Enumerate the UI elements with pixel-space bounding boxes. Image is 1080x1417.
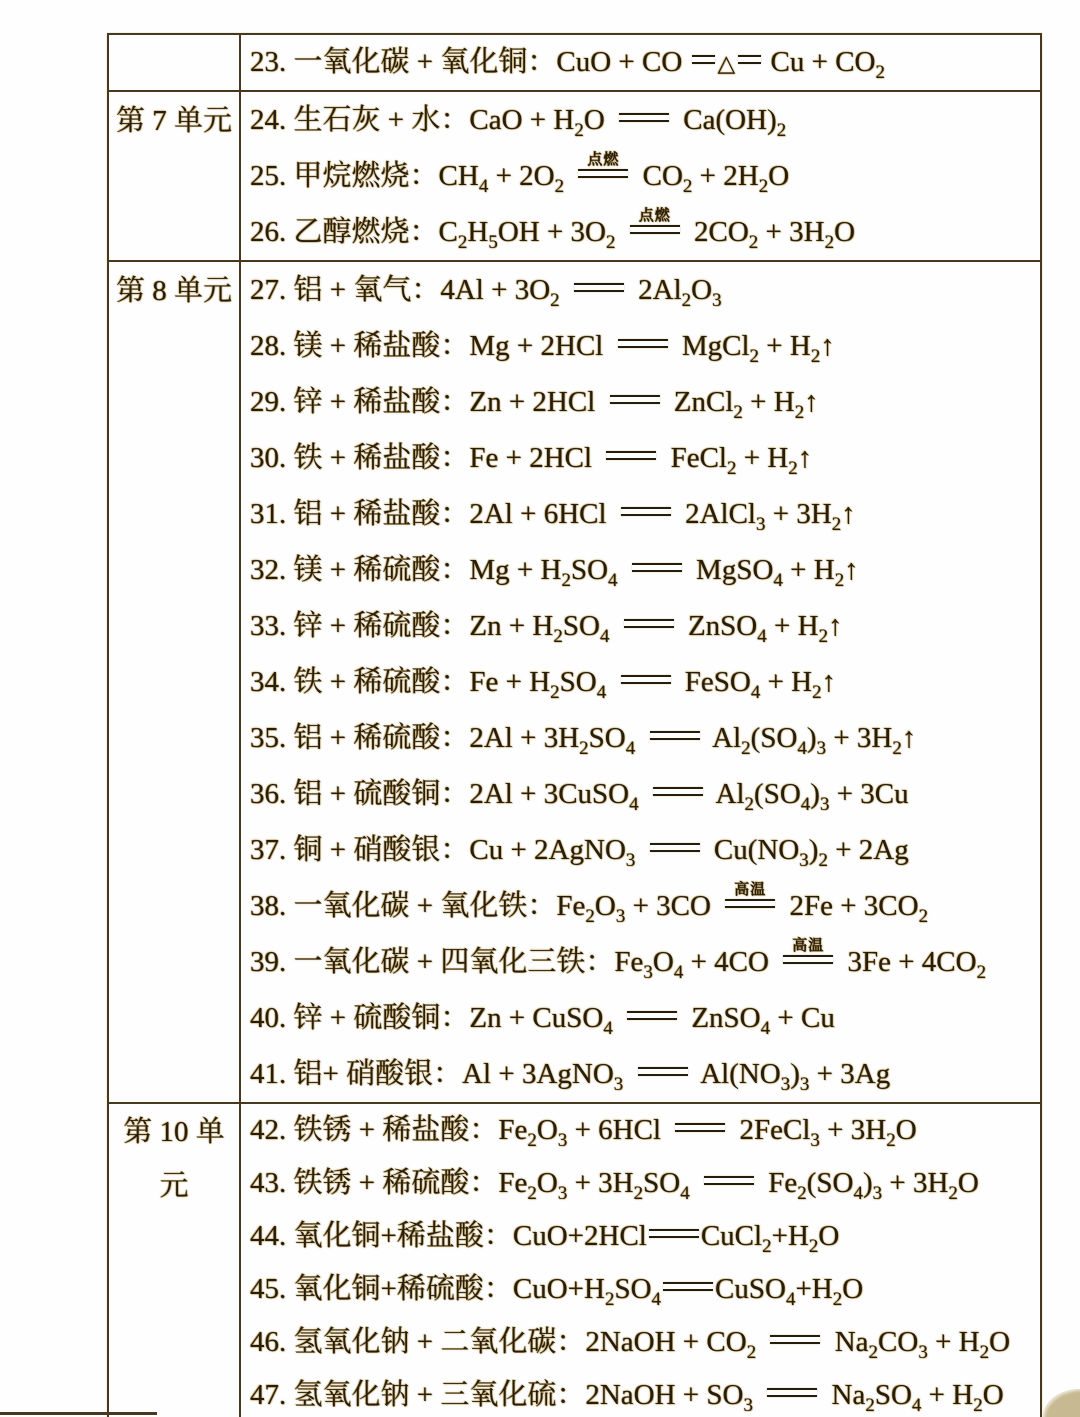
bottom-edge-line (0, 1412, 157, 1415)
equation-row: 44. 氧化铜+稀盐酸：CuO+2HClCuCl2+H2O (241, 1210, 1040, 1263)
subscript: 4 (801, 794, 811, 815)
equation-row: 45. 氧化铜+稀硫酸：CuO+H2SO4CuSO4+H2O (241, 1263, 1040, 1316)
subscript: 2 (682, 290, 692, 311)
subscript: 2 (886, 1130, 896, 1151)
subscript: 4 (626, 738, 636, 759)
subscript: 2 (812, 682, 822, 703)
subscript: 4 (652, 1289, 662, 1310)
double-equals (675, 1123, 725, 1132)
double-equals (621, 675, 671, 684)
unit-cell-label: 第 10 单 元 (109, 1104, 241, 1417)
subscript: 4 (629, 794, 639, 815)
subscript: 2 (892, 738, 902, 759)
subscript: 4 (600, 626, 610, 647)
double-equals (650, 843, 700, 852)
subscript: 2 (747, 1342, 757, 1363)
equation-row: 26. 乙醇燃烧：C2H5OH + 3O2 点燃 2CO2 + 3H2O (241, 204, 1040, 260)
condition-label: 点燃 (587, 152, 619, 168)
equation-table: 23. 一氧化碳 + 氧化铜：CuO + CO △ Cu + CO2 第 7 单… (107, 33, 1042, 1417)
subscript: 3 (712, 290, 722, 311)
subscript: 3 (817, 738, 827, 759)
subscript: 3 (918, 1342, 928, 1363)
double-equals (704, 1176, 754, 1185)
double-equals (606, 451, 656, 460)
subscript: 3 (558, 1183, 568, 1204)
equation-row: 35. 铝 + 稀硫酸：2Al + 3H2SO4 Al2(SO4)3 + 3H2… (241, 710, 1040, 766)
double-equals: 点燃 (578, 169, 628, 178)
subscript: 2 (683, 176, 693, 197)
subscript: 2 (634, 1183, 644, 1204)
double-equals: 点燃 (630, 225, 680, 234)
unit-group: 第 7 单元 24. 生石灰 + 水：CaO + H2O Ca(OH)225. … (109, 90, 1040, 260)
subscript: 3 (800, 1074, 810, 1095)
subscript: 2 (733, 402, 743, 423)
double-equals (738, 55, 761, 64)
subscript: 4 (597, 682, 607, 703)
double-equals (627, 1011, 677, 1020)
subscript: 2 (811, 346, 821, 367)
subscript: 2 (948, 1183, 958, 1204)
subscript: 2 (977, 962, 987, 983)
subscript: 4 (674, 962, 684, 983)
double-equals (650, 731, 700, 740)
subscript: 2 (865, 1395, 875, 1416)
equation-row: 23. 一氧化碳 + 氧化铜：CuO + CO △ Cu + CO2 (241, 35, 1040, 90)
subscript: 2 (553, 626, 563, 647)
subscript: 2 (550, 290, 560, 311)
subscript: 4 (797, 738, 807, 759)
subscript: 3 (643, 962, 653, 983)
unit-group: 第 8 单元 27. 铝 + 氧气：4Al + 3O2 2Al2O328. 镁 … (109, 260, 1040, 1102)
unit-cell-label (109, 35, 241, 90)
double-equals (621, 507, 671, 516)
condition-label: 高温 (792, 938, 824, 954)
subscript: 2 (527, 1183, 537, 1204)
equation-row: 28. 镁 + 稀盐酸：Mg + 2HCl MgCl2 + H2↑ (241, 318, 1040, 374)
subscript: 4 (853, 1183, 863, 1204)
unit-group: 第 10 单 元 42. 铁锈 + 稀盐酸：Fe2O3 + 6HCl 2FeCl… (109, 1102, 1040, 1417)
double-equals (619, 113, 669, 122)
subscript: 2 (727, 458, 737, 479)
subscript: 4 (603, 1018, 613, 1039)
delta-symbol: △ (718, 51, 736, 76)
subscript: 4 (608, 570, 618, 591)
subscript: 2 (980, 1342, 990, 1363)
unit-cell-label: 第 7 单元 (109, 92, 241, 260)
subscript: 2 (919, 906, 929, 927)
equation-row: 33. 锌 + 稀硫酸：Zn + H2SO4 ZnSO4 + H2↑ (241, 598, 1040, 654)
equation-row: 47. 氢氧化钠 + 三氧化硫：2NaOH + SO3 Na2SO4 + H2O (241, 1369, 1040, 1417)
page-root: { "page": { "text_color": "#261d0d", "bo… (0, 0, 1080, 1417)
unit-cell-label: 第 8 单元 (109, 262, 241, 1102)
subscript: 2 (832, 514, 842, 535)
double-equals (618, 339, 668, 348)
subscript: 2 (750, 346, 760, 367)
subscript: 4 (912, 1395, 922, 1416)
subscript: 3 (810, 1130, 820, 1151)
equation-row: 39. 一氧化碳 + 四氧化三铁：Fe3O4 + 4CO 高温 3Fe + 4C… (241, 934, 1040, 990)
subscript: 2 (579, 738, 589, 759)
subscript: 4 (773, 570, 783, 591)
equation-rows: 27. 铝 + 氧气：4Al + 3O2 2Al2O328. 镁 + 稀盐酸：M… (241, 262, 1040, 1102)
subscript: 2 (833, 1289, 843, 1310)
double-equals (624, 619, 674, 628)
equation-row: 36. 铝 + 硫酸铜：2Al + 3CuSO4 Al2(SO4)3 + 3Cu (241, 766, 1040, 822)
unit-group: 23. 一氧化碳 + 氧化铜：CuO + CO △ Cu + CO2 (109, 35, 1040, 90)
equation-row: 46. 氢氧化钠 + 二氧化碳：2NaOH + CO2 Na2CO3 + H2O (241, 1316, 1040, 1369)
double-equals (663, 1282, 713, 1291)
subscript: 2 (835, 570, 845, 591)
subscript: 2 (818, 850, 828, 871)
double-equals (632, 563, 682, 572)
subscript: 3 (820, 794, 830, 815)
subscript: 2 (749, 232, 759, 253)
subscript: 2 (561, 570, 571, 591)
double-equals: 高温 (783, 955, 833, 964)
subscript: 2 (869, 1342, 879, 1363)
page-curl-corner (1043, 1389, 1080, 1417)
subscript: 2 (825, 232, 835, 253)
equation-row: 31. 铝 + 稀盐酸：2Al + 6HCl 2AlCl3 + 3H2↑ (241, 486, 1040, 542)
subscript: 2 (797, 1183, 807, 1204)
subscript: 3 (558, 1130, 568, 1151)
subscript: 2 (555, 176, 565, 197)
equation-row: 37. 铜 + 硝酸银：Cu + 2AgNO3 Cu(NO3)2 + 2Ag (241, 822, 1040, 878)
equation-row: 27. 铝 + 氧气：4Al + 3O2 2Al2O3 (241, 262, 1040, 318)
subscript: 2 (795, 402, 805, 423)
equation-row: 30. 铁 + 稀盐酸：Fe + 2HCl FeCl2 + H2↑ (241, 430, 1040, 486)
double-equals (767, 1388, 817, 1397)
double-equals (770, 1335, 820, 1344)
subscript: 2 (527, 1130, 537, 1151)
subscript: 3 (616, 906, 626, 927)
double-equals (653, 787, 703, 796)
double-equals (610, 395, 660, 404)
subscript: 3 (873, 1183, 883, 1204)
double-equals (649, 1229, 699, 1238)
subscript: 2 (788, 458, 798, 479)
subscript: 4 (680, 1183, 690, 1204)
subscript: 2 (574, 120, 584, 141)
subscript: 3 (799, 850, 809, 871)
subscript: 2 (741, 738, 751, 759)
subscript: 2 (762, 1236, 772, 1257)
subscript: 2 (585, 906, 595, 927)
equation-row: 29. 锌 + 稀盐酸：Zn + 2HCl ZnCl2 + H2↑ (241, 374, 1040, 430)
subscript: 2 (605, 1289, 615, 1310)
subscript: 5 (488, 232, 498, 253)
equation-row: 40. 锌 + 硫酸铜：Zn + CuSO4 ZnSO4 + Cu (241, 990, 1040, 1046)
condition-label: 高温 (734, 882, 766, 898)
equation-row: 43. 铁锈 + 稀硫酸：Fe2O3 + 3H2SO4 Fe2(SO4)3 + … (241, 1157, 1040, 1210)
equation-row: 24. 生石灰 + 水：CaO + H2O Ca(OH)2 (241, 92, 1040, 148)
condition-label: 点燃 (639, 208, 671, 224)
subscript: 4 (761, 1018, 771, 1039)
double-equals (692, 55, 715, 64)
subscript: 2 (777, 120, 787, 141)
equation-rows: 42. 铁锈 + 稀盐酸：Fe2O3 + 6HCl 2FeCl3 + 3H2O4… (241, 1104, 1040, 1417)
subscript: 2 (973, 1395, 983, 1416)
subscript: 3 (626, 850, 636, 871)
subscript: 3 (781, 1074, 791, 1095)
subscript: 3 (744, 1395, 754, 1416)
subscript: 2 (458, 232, 468, 253)
subscript: 4 (757, 626, 767, 647)
subscript: 2 (606, 232, 616, 253)
subscript: 2 (875, 62, 885, 83)
equation-row: 32. 镁 + 稀硫酸：Mg + H2SO4 MgSO4 + H2↑ (241, 542, 1040, 598)
subscript: 2 (759, 176, 769, 197)
subscript: 2 (550, 682, 560, 703)
equation-rows: 24. 生石灰 + 水：CaO + H2O Ca(OH)225. 甲烷燃烧：CH… (241, 92, 1040, 260)
subscript: 4 (479, 176, 489, 197)
subscript: 2 (809, 1236, 819, 1257)
double-equals: 高温 (725, 899, 775, 908)
equation-rows: 23. 一氧化碳 + 氧化铜：CuO + CO △ Cu + CO2 (241, 35, 1040, 90)
equation-row: 25. 甲烷燃烧：CH4 + 2O2 点燃 CO2 + 2H2O (241, 148, 1040, 204)
subscript: 2 (745, 794, 755, 815)
equation-row: 34. 铁 + 稀硫酸：Fe + H2SO4 FeSO4 + H2↑ (241, 654, 1040, 710)
equation-row: 42. 铁锈 + 稀盐酸：Fe2O3 + 6HCl 2FeCl3 + 3H2O (241, 1104, 1040, 1157)
equation-row: 38. 一氧化碳 + 氧化铁：Fe2O3 + 3CO 高温 2Fe + 3CO2 (241, 878, 1040, 934)
double-equals (574, 283, 624, 292)
subscript: 4 (751, 682, 761, 703)
equation-row: 41. 铝+ 硝酸银：Al + 3AgNO3 Al(NO3)3 + 3Ag (241, 1046, 1040, 1102)
subscript: 4 (786, 1289, 796, 1310)
subscript: 3 (614, 1074, 624, 1095)
subscript: 3 (756, 514, 766, 535)
double-equals (638, 1067, 688, 1076)
subscript: 2 (819, 626, 829, 647)
